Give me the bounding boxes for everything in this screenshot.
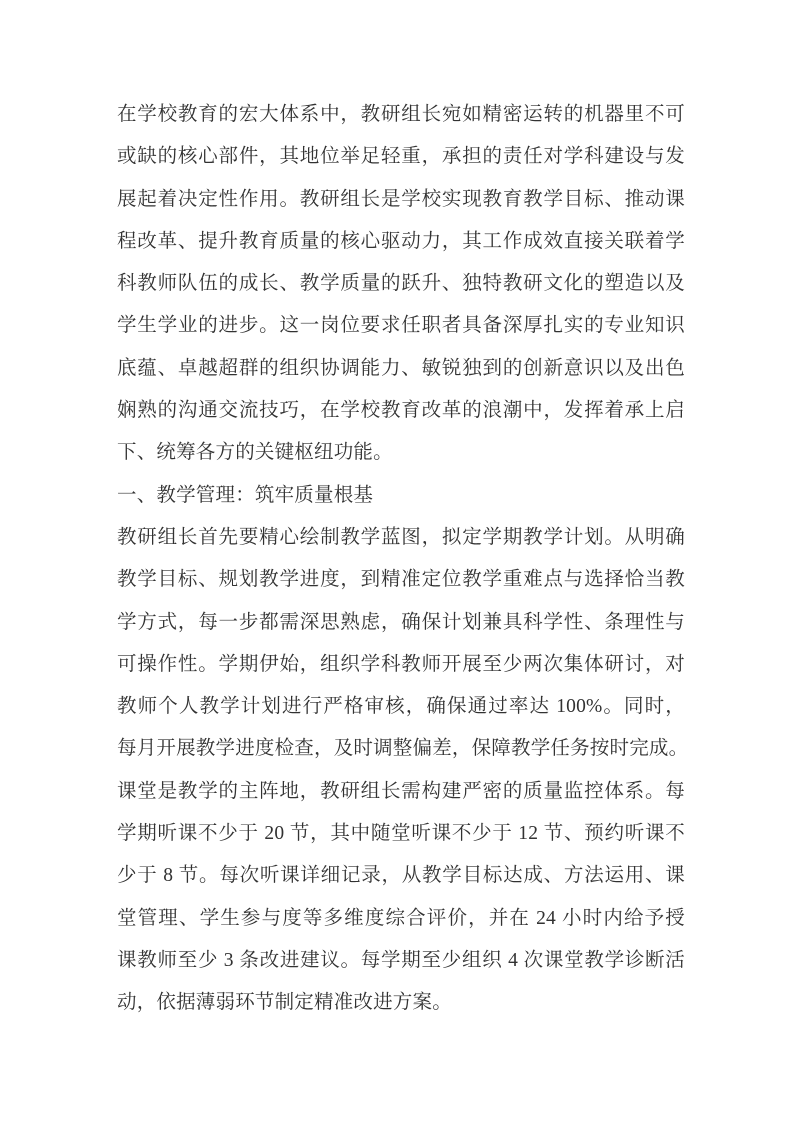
text-line: 程改革、提升教育质量的核心驱动力，其工作成效直接关联着学 [117,221,685,263]
text-line: 娴熟的沟通交流技巧，在学校教育改革的浪潮中，发挥着承上启 [117,390,685,432]
text-line: 动，依据薄弱环节制定精准改进方案。 [117,982,685,1024]
text-line: 在学校教育的宏大体系中，教研组长宛如精密运转的机器里不可 [117,94,685,136]
text-line: 少于 8 节。每次听课详细记录，从教学目标达成、方法运用、课 [117,855,685,897]
document-page: 在学校教育的宏大体系中，教研组长宛如精密运转的机器里不可 或缺的核心部件，其地位… [0,0,793,1122]
text-line: 可操作性。学期伊始，组织学科教师开展至少两次集体研讨，对 [117,644,685,686]
text-line: 课堂是教学的主阵地，教研组长需构建严密的质量监控体系。每 [117,771,685,813]
text-line: 学期听课不少于 20 节，其中随堂听课不少于 12 节、预约听课不 [117,813,685,855]
text-line: 底蕴、卓越超群的组织协调能力、敏锐独到的创新意识以及出色 [117,348,685,390]
text-line: 每月开展教学进度检查，及时调整偏差，保障教学任务按时完成。 [117,728,685,770]
text-line: 学方式，每一步都需深思熟虑，确保计划兼具科学性、条理性与 [117,602,685,644]
section-heading: 一、教学管理：筑牢质量根基 [117,475,685,517]
document-content: 在学校教育的宏大体系中，教研组长宛如精密运转的机器里不可 或缺的核心部件，其地位… [117,94,685,1025]
text-line: 科教师队伍的成长、教学质量的跃升、独特教研文化的塑造以及 [117,263,685,305]
text-line: 或缺的核心部件，其地位举足轻重，承担的责任对学科建设与发 [117,136,685,178]
text-line: 下、统筹各方的关键枢纽功能。 [117,432,685,474]
paragraph-intro: 在学校教育的宏大体系中，教研组长宛如精密运转的机器里不可 或缺的核心部件，其地位… [117,94,685,475]
text-line: 学生学业的进步。这一岗位要求任职者具备深厚扎实的专业知识 [117,305,685,347]
text-line: 教师个人教学计划进行严格审核，确保通过率达 100%。同时， [117,686,685,728]
text-line: 堂管理、学生参与度等多维度综合评价，并在 24 小时内给予授 [117,898,685,940]
text-line: 教研组长首先要精心绘制教学蓝图，拟定学期教学计划。从明确 [117,517,685,559]
text-line: 展起着决定性作用。教研组长是学校实现教育教学目标、推动课 [117,179,685,221]
text-line: 课教师至少 3 条改进建议。每学期至少组织 4 次课堂教学诊断活 [117,940,685,982]
text-line: 教学目标、规划教学进度，到精准定位教学重难点与选择恰当教 [117,559,685,601]
paragraph-teaching-management: 教研组长首先要精心绘制教学蓝图，拟定学期教学计划。从明确 教学目标、规划教学进度… [117,517,685,1025]
